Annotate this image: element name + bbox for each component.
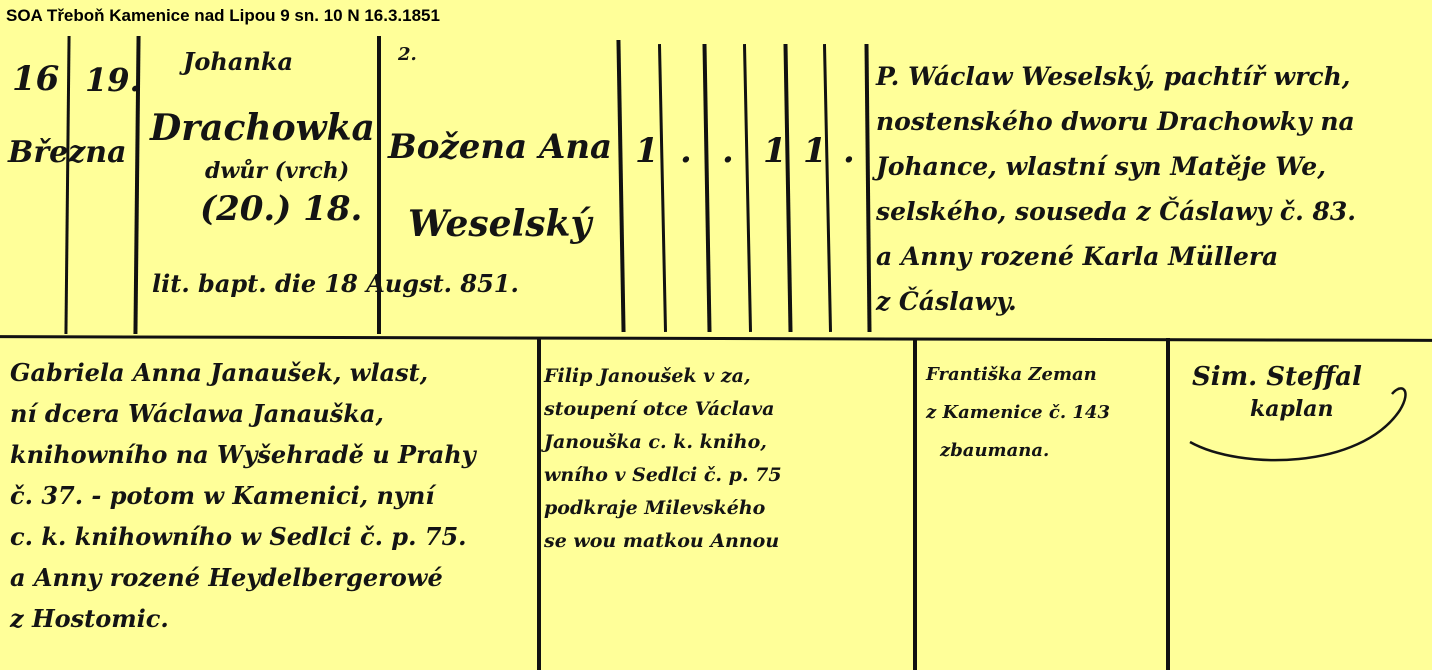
column-divider (913, 338, 917, 670)
mother-line: z Hostomic. (10, 598, 476, 639)
mother-line: ní dcera Wáclawa Janauška, (10, 393, 476, 434)
tally-mark: 1 (803, 134, 827, 168)
tally-mark: . (722, 134, 734, 168)
column-divider (783, 44, 792, 332)
godparent-line: wního v Sedlci č. p. 75 (544, 459, 782, 492)
godparent-line: stoupení otce Václava (544, 393, 782, 426)
house-line-3: dwůr (vrch) (205, 160, 349, 182)
baptism-note: lit. bapt. die 18 Augst. 851. (152, 272, 519, 296)
mother-line: c. k. knihowního w Sedlci č. p. 75. (10, 516, 476, 557)
tally-mark: . (843, 134, 855, 168)
house-line-4: (20.) 18. (200, 192, 362, 226)
mother-line: knihowního na Wyšehradě u Prahy (10, 434, 476, 475)
row-divider (0, 335, 1432, 342)
midwife-entry: Františka Zeman z Kamenice č. 143 zbauma… (926, 356, 1110, 470)
column-divider (658, 44, 667, 332)
godparents-entry: Filip Janoušek v za, stoupení otce Václa… (544, 360, 782, 558)
tally-mark: 1 (763, 134, 787, 168)
record-number: 16 (12, 62, 59, 96)
father-line: a Anny rozené Karla Müllera (876, 234, 1356, 279)
mother-line: č. 37. - potom w Kamenici, nyní (10, 475, 476, 516)
father-line: P. Wáclaw Weselský, pachtíř wrch, (876, 54, 1356, 99)
birth-month: Března (8, 138, 127, 168)
child-name-line-2: Weselský (408, 206, 591, 242)
mother-line: Gabriela Anna Janaušek, wlast, (10, 352, 476, 393)
father-line: z Čáslawy. (876, 279, 1356, 324)
column-divider (537, 338, 541, 670)
child-number: 2. (398, 46, 417, 64)
father-entry: P. Wáclaw Weselský, pachtíř wrch, nosten… (876, 54, 1356, 324)
signature-flourish (1180, 370, 1430, 480)
column-divider (823, 44, 832, 332)
house-line-1: Johanka (183, 50, 293, 74)
mother-entry: Gabriela Anna Janaušek, wlast, ní dcera … (10, 352, 476, 639)
tally-mark: 1 (635, 134, 659, 168)
column-divider (702, 44, 711, 332)
child-name-line-1: Božena Ana (388, 130, 612, 164)
godparent-line: Filip Janoušek v za, (544, 360, 782, 393)
mother-line: a Anny rozené Heydelbergerowé (10, 557, 476, 598)
godparent-line: Janouška c. k. kniho, (544, 426, 782, 459)
midwife-line: z Kamenice č. 143 (926, 394, 1110, 432)
tally-mark: . (680, 134, 692, 168)
father-line: Johance, wlastní syn Matěje We, (876, 144, 1356, 189)
godparent-line: se wou matkou Annou (544, 525, 782, 558)
house-line-2: Drachowka (150, 110, 375, 146)
column-divider (1166, 338, 1170, 670)
column-divider (616, 40, 625, 332)
godparent-line: podkraje Milevského (544, 492, 782, 525)
father-line: selského, souseda z Čáslawy č. 83. (876, 189, 1356, 234)
column-divider (64, 36, 70, 334)
column-divider (864, 44, 871, 332)
column-divider (743, 44, 752, 332)
document-header: SOA Třeboň Kamenice nad Lipou 9 sn. 10 N… (6, 6, 440, 26)
birth-day: 19. (85, 64, 141, 96)
father-line: nostenského dworu Drachowky na (876, 99, 1356, 144)
midwife-line: Františka Zeman (926, 356, 1110, 394)
midwife-line: zbaumana. (926, 432, 1110, 470)
